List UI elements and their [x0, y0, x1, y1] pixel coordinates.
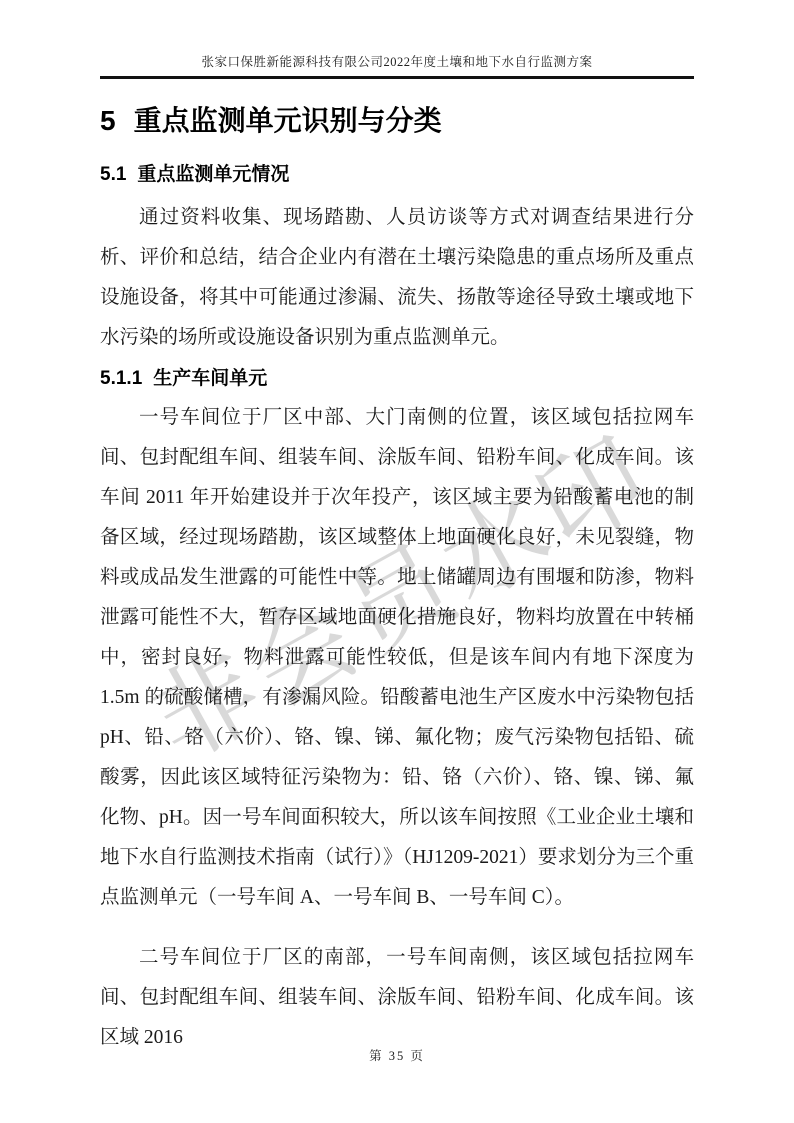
section-title: 重点监测单元识别与分类: [134, 105, 442, 136]
paragraph-workshop2: 二号车间位于厂区的南部，一号车间南侧，该区域包括拉网车间、包封配组车间、组装车间…: [100, 938, 694, 1058]
subsection-number: 5.1: [100, 164, 126, 185]
document-page: 非会员水印 张家口保胜新能源科技有限公司2022年度土壤和地下水自行监测方案 5…: [0, 0, 794, 1123]
page-footer: 第 35 页: [0, 1046, 794, 1065]
section-number: 5: [100, 105, 116, 136]
subsection-heading: 5.1重点监测单元情况: [100, 162, 694, 188]
page-content: 张家口保胜新能源科技有限公司2022年度土壤和地下水自行监测方案 5重点监测单元…: [0, 0, 794, 1058]
section-heading: 5重点监测单元识别与分类: [100, 103, 694, 139]
paragraph-intro: 通过资料收集、现场踏勘、人员访谈等方式对调查结果进行分析、评价和总结，结合企业内…: [100, 198, 694, 358]
subsubsection-title: 生产车间单元: [153, 368, 267, 389]
subsubsection-heading: 5.1.1生产车间单元: [100, 366, 694, 392]
page-header: 张家口保胜新能源科技有限公司2022年度土壤和地下水自行监测方案: [100, 0, 694, 79]
subsubsection-number: 5.1.1: [100, 368, 142, 389]
page-number: 第 35 页: [369, 1049, 425, 1063]
header-title: 张家口保胜新能源科技有限公司2022年度土壤和地下水自行监测方案: [201, 55, 592, 69]
paragraph-workshop1: 一号车间位于厂区中部、大门南侧的位置，该区域包括拉网车间、包封配组车间、组装车间…: [100, 398, 694, 918]
subsection-title: 重点监测单元情况: [137, 164, 289, 185]
